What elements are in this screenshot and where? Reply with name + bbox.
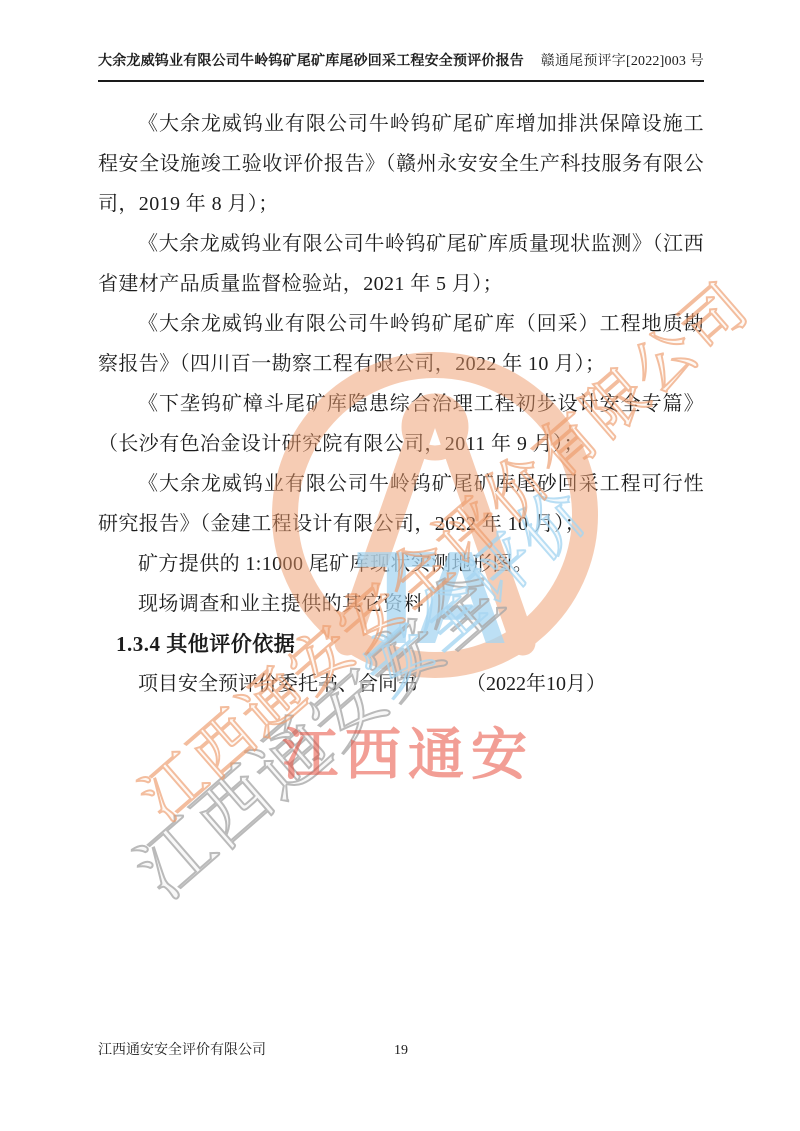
- page-header: 大余龙威钨业有限公司牛岭钨矿尾矿库尾砂回采工程安全预评价报告 赣通尾预评字[20…: [98, 52, 704, 82]
- body-paragraph: 《大余龙威钨业有限公司牛岭钨矿尾矿库（回采）工程地质勘察报告》（四川百一勘察工程…: [98, 304, 704, 384]
- body-paragraph: 现场调查和业主提供的其它资料: [98, 584, 704, 624]
- body-paragraph: 《大余龙威钨业有限公司牛岭钨矿尾矿库质量现状监测》（江西省建材产品质量监督检验站…: [98, 224, 704, 304]
- brand-name-watermark: 江西通安: [282, 724, 534, 786]
- section-heading: 1.3.4 其他评价依据: [116, 624, 704, 664]
- commission-line: 项目安全预评价委托书、合同书（2022年10月）: [98, 664, 704, 704]
- body-paragraph: 《下垄钨矿樟斗尾矿库隐患综合治理工程初步设计安全专篇》（长沙有色冶金设计研究院有…: [98, 384, 704, 464]
- reference-paragraph-list: 《大余龙威钨业有限公司牛岭钨矿尾矿库增加排洪保障设施工程安全设施竣工验收评价报告…: [98, 104, 704, 624]
- commission-date: （2022年10月）: [466, 673, 606, 695]
- body-paragraph: 《大余龙威钨业有限公司牛岭钨矿尾矿库增加排洪保障设施工程安全设施竣工验收评价报告…: [98, 104, 704, 224]
- body-paragraph: 矿方提供的 1:1000 尾矿库现状实测地形图。: [98, 544, 704, 584]
- commission-label: 项目安全预评价委托书、合同书: [138, 673, 418, 695]
- document-body: 《大余龙威钨业有限公司牛岭钨矿尾矿库增加排洪保障设施工程安全设施竣工验收评价报告…: [98, 104, 704, 704]
- body-paragraph: 《大余龙威钨业有限公司牛岭钨矿尾矿库尾砂回采工程可行性研究报告》（金建工程设计有…: [98, 464, 704, 544]
- document-page: 大余龙威钨业有限公司牛岭钨矿尾矿库尾砂回采工程安全预评价报告 赣通尾预评字[20…: [0, 0, 800, 1131]
- header-document-code: 赣通尾预评字[2022]003 号: [541, 52, 704, 72]
- footer-page-number: 19: [98, 1040, 704, 1062]
- page-footer: 江西通安安全评价有限公司 19: [98, 1040, 704, 1062]
- header-report-title: 大余龙威钨业有限公司牛岭钨矿尾矿库尾砂回采工程安全预评价报告: [98, 52, 524, 72]
